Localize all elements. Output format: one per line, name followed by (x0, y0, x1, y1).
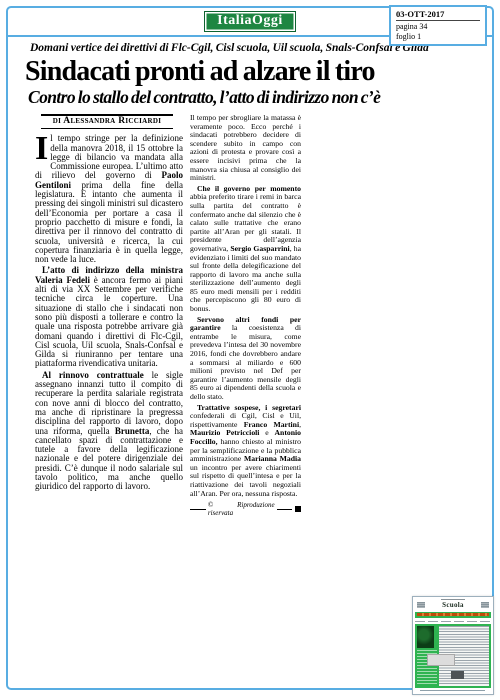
article-paragraph: Servono altri fondi per garantire la coe… (190, 316, 301, 402)
thumbnail-headline-text (417, 613, 489, 616)
clipping-sheet-number: foglio 1 (396, 32, 480, 42)
thumbnail-caption-line (415, 689, 491, 692)
article-end-marker-icon (295, 506, 301, 512)
thumbnail-photo (417, 626, 434, 648)
italiaoggi-logo: ItaliaOggi (204, 11, 296, 32)
thumbnail-headline-bar (415, 612, 491, 618)
thumbnail-masthead-rule (441, 599, 465, 600)
drop-cap: I (35, 135, 48, 163)
article-paragraph: Che il governo per momento abbia preferi… (190, 185, 301, 314)
article-subhead: Contro lo stallo del contratto, l’atto d… (28, 88, 492, 107)
column-left-paragraphs: Il tempo stringe per la definizione dell… (35, 134, 183, 491)
article-column-right: Il tempo per sbrogliare la matassa è ver… (190, 114, 301, 517)
page-thumbnail: Scuola (412, 596, 494, 695)
clipping-date: 03-OTT-2017 (396, 9, 480, 21)
article-paragraph: Il tempo stringe per la definizione dell… (35, 134, 183, 264)
thumbnail-masthead-title: Scuola (415, 601, 491, 609)
article-paragraph: Il tempo per sbrogliare la matassa è ver… (190, 114, 301, 183)
thumbnail-dark-box (451, 671, 464, 679)
article-byline: di Alessandra Ricciardi (41, 114, 173, 129)
stamp-icon (481, 602, 489, 608)
thumbnail-page-body (415, 624, 491, 688)
copyright-text: © Riproduzione riservata (208, 501, 275, 517)
column-right-paragraphs: Il tempo per sbrogliare la matassa è ver… (190, 114, 301, 498)
article-columns: di Alessandra Ricciardi Il tempo stringe… (35, 114, 492, 517)
article-paragraph: L’atto di indirizzo della ministra Valer… (35, 266, 183, 368)
closing-rule-right (277, 509, 293, 510)
article-paragraph: Al rinnovo contrattuale le sigle assegna… (35, 371, 183, 492)
clipping-frame: ItaliaOggi 03-OTT-2017 pagina 34 foglio … (6, 6, 494, 690)
thumbnail-text-column (461, 626, 489, 686)
copyright-line: © Riproduzione riservata (190, 501, 301, 517)
thumbnail-subhead-strip (415, 619, 491, 623)
clipping-date-box: 03-OTT-2017 pagina 34 foglio 1 (389, 5, 487, 46)
article-column-left: di Alessandra Ricciardi Il tempo stringe… (35, 114, 183, 517)
article-paragraph: Trattative sospese, i segretari confeder… (190, 404, 301, 499)
thumbnail-masthead: Scuola (415, 599, 491, 611)
clipping-page-number: pagina 34 (396, 22, 480, 32)
thumbnail-callout-box (427, 654, 455, 666)
article-headline: Sindacati pronti ad alzare il tiro (25, 57, 492, 86)
closing-rule-left (190, 509, 206, 510)
